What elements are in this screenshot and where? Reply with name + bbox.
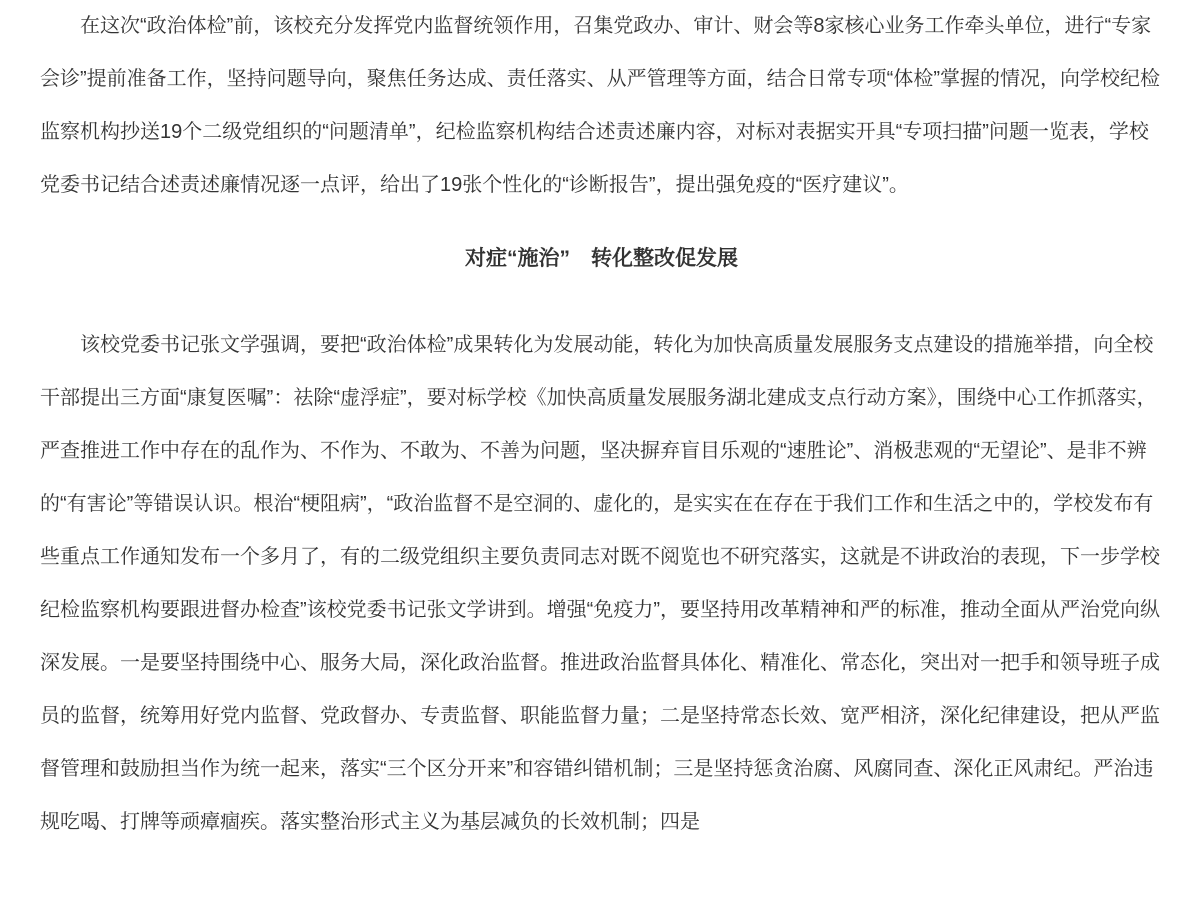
article-body: 在这次“政治体检”前，该校充分发挥党内监督统领作用，召集党政办、审计、财会等8家… — [0, 0, 1196, 849]
section-heading: 对症“施治” 转化整改促发展 — [40, 232, 1163, 285]
paragraph-political-checkup-preparation: 在这次“政治体检”前，该校充分发挥党内监督统领作用，召集党政办、审计、财会等8家… — [40, 0, 1163, 212]
document-page: 在这次“政治体检”前，该校充分发挥党内监督统领作用，召集党政办、审计、财会等8家… — [0, 0, 1196, 900]
paragraph-rectification-remarks: 该校党委书记张文学强调，要把“政治体检”成果转化为发展动能，转化为加快高质量发展… — [40, 319, 1163, 849]
